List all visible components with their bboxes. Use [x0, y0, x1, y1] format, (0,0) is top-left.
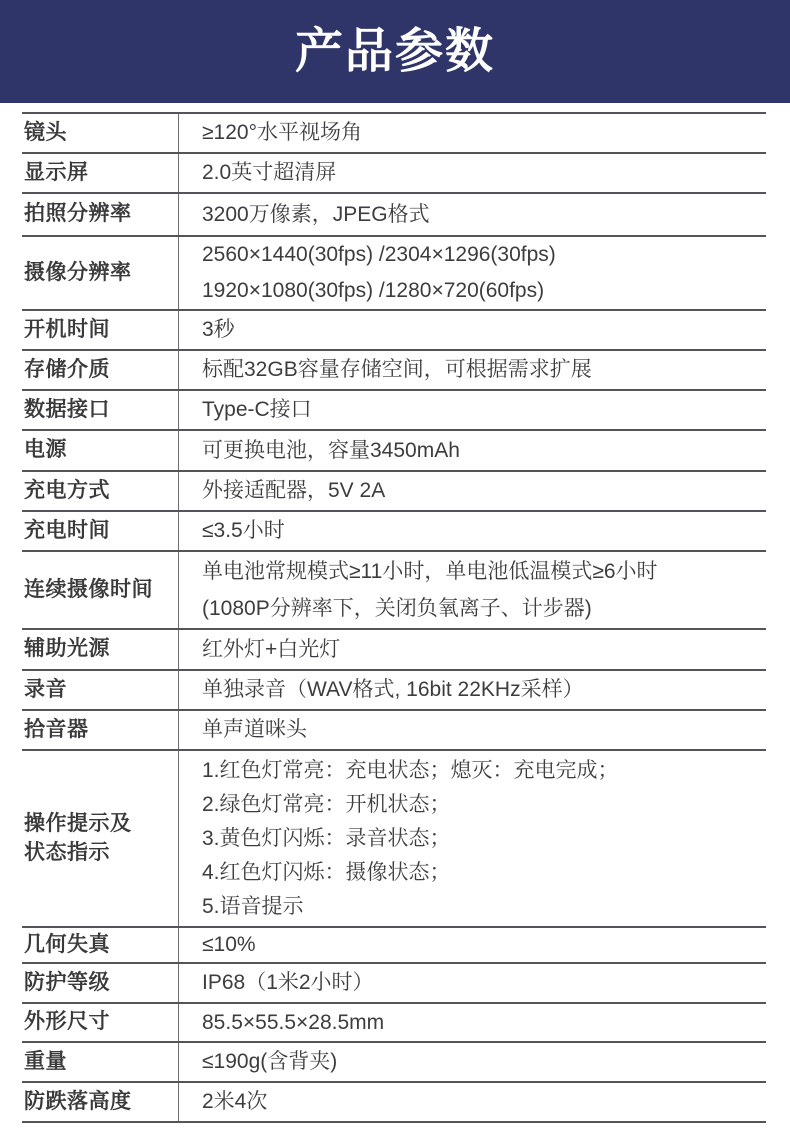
spec-row-weight: 重量 ≤190g(含背夹) [22, 1043, 766, 1083]
spec-value: ≤3.5小时 [179, 512, 766, 550]
spec-label: 录音 [22, 671, 179, 709]
spec-row-video-resolution: 摄像分辨率 2560×1440(30fps) /2304×1296(30fps)… [22, 237, 766, 311]
spec-row-aux-light: 辅助光源 红外灯+白光灯 [22, 630, 766, 671]
spec-value: 2.0英寸超清屏 [179, 154, 766, 192]
spec-table: 镜头 ≥120°水平视场角 显示屏 2.0英寸超清屏 拍照分辨率 3200万像素… [22, 112, 766, 1123]
spec-value: 85.5×55.5×28.5mm [179, 1004, 766, 1041]
spec-row-drop-height: 防跌落高度 2米4次 [22, 1083, 766, 1123]
spec-label: 几何失真 [22, 928, 179, 962]
spec-value: 单独录音（WAV格式, 16bit 22KHz采样） [179, 671, 766, 709]
spec-row-boot-time: 开机时间 3秒 [22, 311, 766, 351]
spec-row-display: 显示屏 2.0英寸超清屏 [22, 154, 766, 194]
spec-row-dimensions: 外形尺寸 85.5×55.5×28.5mm [22, 1004, 766, 1043]
spec-value: 红外灯+白光灯 [179, 630, 766, 669]
spec-row-continuous-recording: 连续摄像时间 单电池常规模式≥11小时，单电池低温模式≥6小时 (1080P分辨… [22, 552, 766, 630]
spec-label: 防跌落高度 [22, 1083, 179, 1121]
spec-row-photo-resolution: 拍照分辨率 3200万像素，JPEG格式 [22, 194, 766, 237]
spec-label: 辅助光源 [22, 630, 179, 669]
spec-row-charging-method: 充电方式 外接适配器，5V 2A [22, 472, 766, 512]
spec-label: 存储介质 [22, 351, 179, 389]
spec-value: 标配32GB容量存储空间，可根据需求扩展 [179, 351, 766, 389]
spec-row-microphone: 拾音器 单声道咪头 [22, 711, 766, 751]
page-title: 产品参数 [295, 28, 495, 76]
spec-label: 充电时间 [22, 512, 179, 550]
spec-value: 单电池常规模式≥11小时，单电池低温模式≥6小时 (1080P分辨率下，关闭负氧… [179, 552, 766, 628]
spec-label: 摄像分辨率 [22, 237, 179, 309]
spec-label: 防护等级 [22, 964, 179, 1002]
spec-value: 2米4次 [179, 1083, 766, 1121]
spec-row-audio-recording: 录音 单独录音（WAV格式, 16bit 22KHz采样） [22, 671, 766, 711]
header-banner: 产品参数 [0, 0, 790, 103]
spec-label: 操作提示及 状态指示 [22, 751, 179, 926]
spec-value: ≤190g(含背夹) [179, 1043, 766, 1081]
spec-label: 重量 [22, 1043, 179, 1081]
spec-row-status-indicators: 操作提示及 状态指示 1.红色灯常亮：充电状态；熄灭：充电完成； 2.绿色灯常亮… [22, 751, 766, 928]
spec-value: IP68（1米2小时） [179, 964, 766, 1002]
spec-row-power: 电源 可更换电池，容量3450mAh [22, 431, 766, 472]
spec-row-protection-rating: 防护等级 IP68（1米2小时） [22, 964, 766, 1004]
spec-row-storage: 存储介质 标配32GB容量存储空间，可根据需求扩展 [22, 351, 766, 391]
spec-label: 电源 [22, 431, 179, 470]
spec-label: 开机时间 [22, 311, 179, 349]
spec-row-data-port: 数据接口 Type-C接口 [22, 391, 766, 431]
spec-value: 单声道咪头 [179, 711, 766, 749]
spec-value: ≥120°水平视场角 [179, 114, 766, 152]
spec-value: 可更换电池，容量3450mAh [179, 431, 766, 470]
spec-value: 3秒 [179, 311, 766, 349]
spec-label: 数据接口 [22, 391, 179, 429]
spec-row-geometric-distortion: 几何失真 ≤10% [22, 928, 766, 964]
spec-label: 拍照分辨率 [22, 194, 179, 235]
spec-row-lens: 镜头 ≥120°水平视场角 [22, 114, 766, 154]
spec-value: 3200万像素，JPEG格式 [179, 194, 766, 235]
spec-label: 连续摄像时间 [22, 552, 179, 628]
spec-row-charging-time: 充电时间 ≤3.5小时 [22, 512, 766, 552]
spec-value: 1.红色灯常亮：充电状态；熄灭：充电完成； 2.绿色灯常亮：开机状态； 3.黄色… [179, 751, 766, 926]
spec-label: 镜头 [22, 114, 179, 152]
spec-value: 2560×1440(30fps) /2304×1296(30fps) 1920×… [179, 237, 766, 309]
spec-label: 拾音器 [22, 711, 179, 749]
spec-label: 显示屏 [22, 154, 179, 192]
spec-value: ≤10% [179, 928, 766, 962]
spec-value: 外接适配器，5V 2A [179, 472, 766, 510]
spec-value: Type-C接口 [179, 391, 766, 429]
spec-label: 外形尺寸 [22, 1004, 179, 1041]
spec-label: 充电方式 [22, 472, 179, 510]
